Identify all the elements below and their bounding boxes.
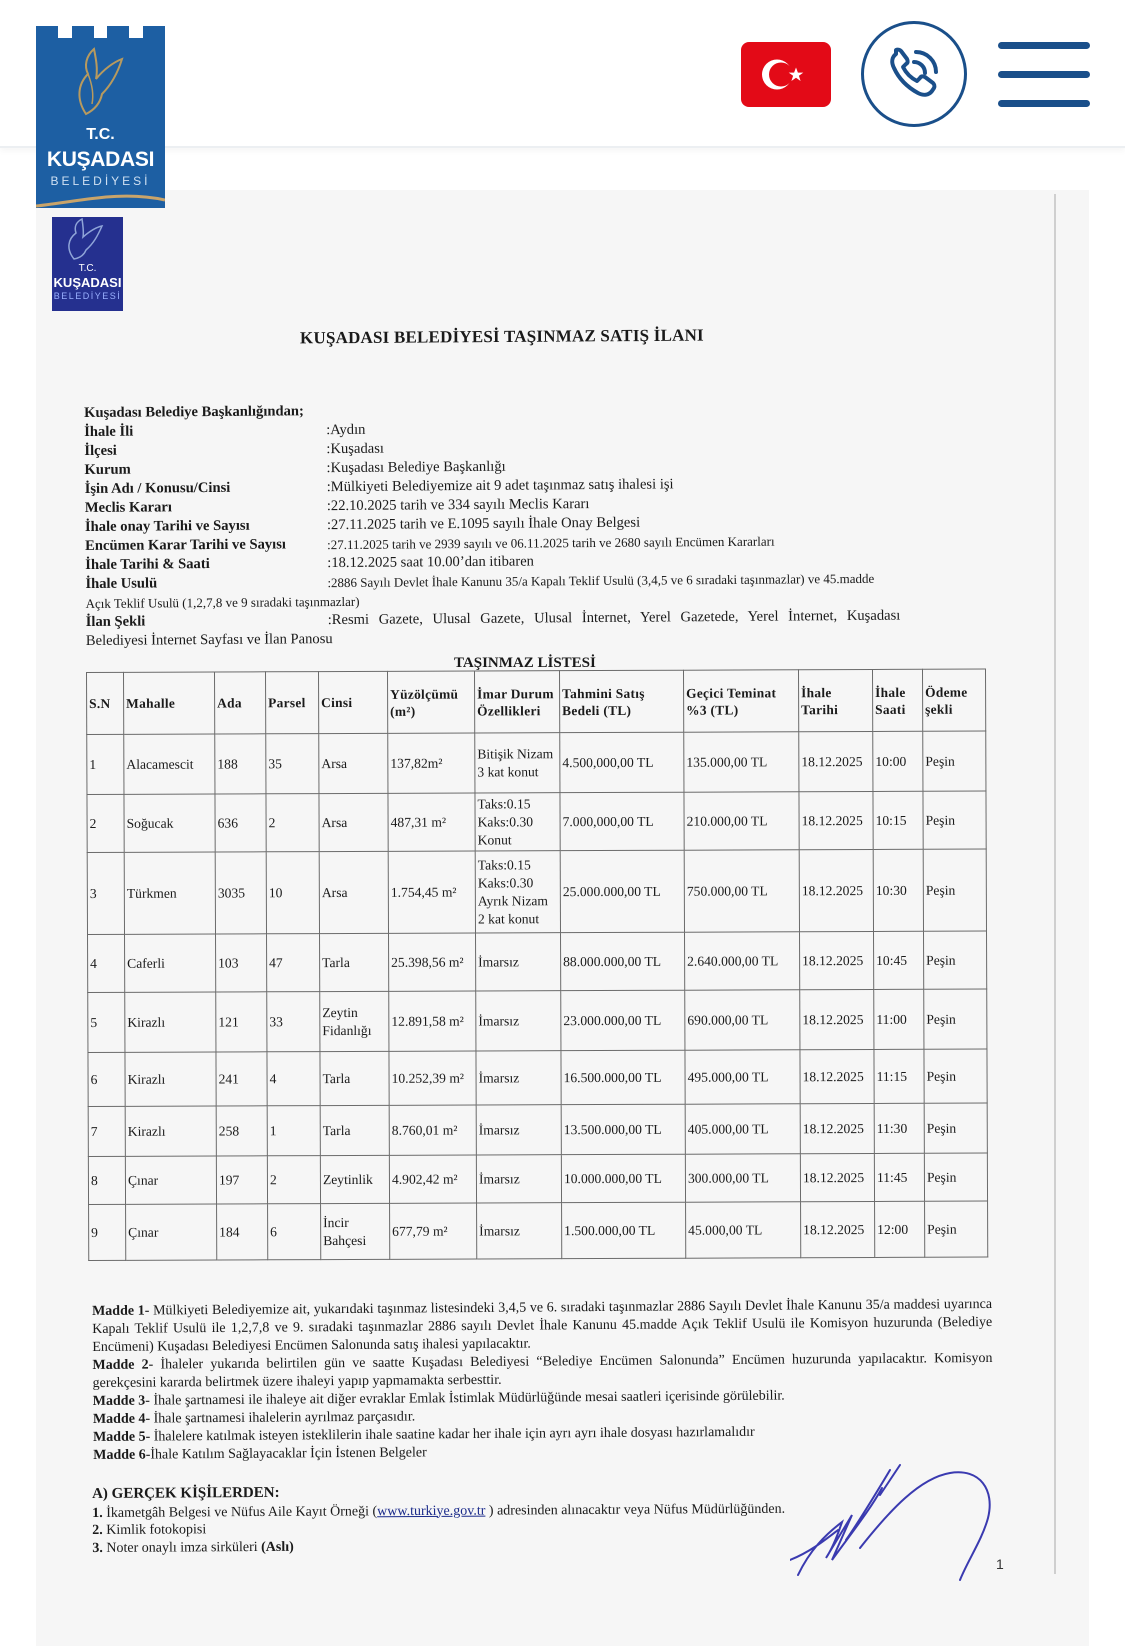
- table-cell: 10.252,39 m²: [389, 1051, 476, 1105]
- table-cell: Peşin: [924, 1153, 987, 1201]
- table-cell: Tarla: [320, 933, 389, 991]
- table-cell: 25.398,56 m²: [389, 933, 476, 991]
- table-cell: Peşin: [925, 1201, 988, 1257]
- table-cell: 12:00: [875, 1201, 925, 1257]
- logo-wave-icon: [36, 192, 165, 212]
- logo-tc: T.C.: [36, 126, 165, 144]
- table-cell: 300.000,00 TL: [685, 1154, 800, 1202]
- table-cell: 33: [267, 992, 320, 1052]
- table-cell: Soğucak: [124, 794, 215, 852]
- turkiye-gov-link[interactable]: www.turkiye.gov.tr: [377, 1503, 485, 1519]
- table-cell: 11:45: [874, 1153, 924, 1201]
- table-cell: 135.000,00 TL: [684, 732, 799, 792]
- table-cell: Çınar: [125, 1156, 216, 1204]
- hamburger-menu-icon: [998, 100, 1090, 107]
- table-cell: İmarsız: [477, 1203, 562, 1259]
- table-cell: Peşin: [924, 1103, 987, 1153]
- table-cell: 4.500,000,00 TL: [560, 732, 684, 792]
- table-cell: 88.000.000,00 TL: [561, 932, 685, 990]
- table-cell: 10: [266, 852, 319, 934]
- table-cell: 7: [88, 1106, 125, 1156]
- turkey-flag-language-button[interactable]: [741, 42, 831, 107]
- table-row: 7Kirazlı2581Tarla8.760,01 m²İmarsız13.50…: [88, 1103, 987, 1156]
- table-cell: 636: [215, 794, 266, 852]
- table-cell: Türkmen: [124, 852, 215, 934]
- table-cell: 7.000,000,00 TL: [560, 792, 684, 850]
- table-cell: 18.12.2025: [800, 931, 874, 989]
- table-cell: İmarsız: [476, 1155, 561, 1203]
- table-cell: İmarsız: [476, 1105, 561, 1155]
- table-cell: 103: [216, 934, 267, 992]
- table-cell: 258: [216, 1106, 267, 1156]
- table-row: 2Soğucak6362Arsa487,31 m²Taks:0.15 Kaks:…: [87, 791, 986, 852]
- table-cell: 188: [215, 734, 266, 794]
- table-cell: 10:30: [873, 849, 923, 931]
- table-cell: 18.12.2025: [801, 1201, 875, 1257]
- table-body: 1Alacamescit18835Arsa137,82m²Bitişik Niz…: [87, 731, 988, 1260]
- table-cell: 4: [88, 934, 125, 992]
- table-cell: 2.640.000,00 TL: [685, 932, 800, 990]
- table-cell: Arsa: [319, 793, 388, 851]
- table-cell: Peşin: [923, 731, 986, 791]
- table-row: 8Çınar1972Zeytinlik4.902,42 m²İmarsız10.…: [88, 1153, 987, 1204]
- table-cell: Zeytinlik: [320, 1155, 389, 1203]
- table-cell: 13.500.000,00 TL: [561, 1104, 685, 1154]
- page-number: 1: [996, 1556, 1004, 1572]
- table-cell: Caferli: [125, 934, 216, 992]
- table-cell: 487,31 m²: [388, 793, 475, 851]
- table-cell: 18.12.2025: [800, 989, 874, 1049]
- table-cell: 1: [87, 734, 124, 794]
- table-cell: Arsa: [319, 733, 388, 793]
- kusadasi-logo[interactable]: T.C. KUŞADASI BELEDİYESİ: [36, 26, 165, 208]
- table-cell: Peşin: [923, 791, 986, 849]
- table-cell: Peşin: [924, 1049, 987, 1103]
- phone-icon: [864, 24, 964, 124]
- tender-info: Kuşadası Belediye Başkanlığından; İhale …: [84, 397, 996, 651]
- property-table: S.N Mahalle Ada Parsel Cinsi Yüzölçümü (…: [86, 669, 988, 1261]
- table-cell: Kirazlı: [125, 1052, 216, 1106]
- table-cell: 241: [216, 1052, 267, 1106]
- table-row: 5Kirazlı12133Zeytin Fidanlığı12.891,58 m…: [88, 989, 987, 1052]
- table-cell: 495.000,00 TL: [685, 1050, 800, 1104]
- table-cell: 4.902,42 m²: [389, 1155, 476, 1203]
- table-cell: 10:15: [873, 791, 923, 849]
- table-cell: 197: [216, 1156, 267, 1204]
- table-cell: 10:45: [874, 931, 924, 989]
- table-row: 1Alacamescit18835Arsa137,82m²Bitişik Niz…: [87, 731, 986, 794]
- phone-button[interactable]: [861, 21, 967, 127]
- table-cell: Taks:0.15 Kaks:0.30 Ayrık Nizam 2 kat ko…: [475, 851, 560, 933]
- table-cell: 210.000,00 TL: [684, 792, 799, 850]
- table-cell: 121: [216, 992, 267, 1052]
- table-cell: 1.500.000,00 TL: [562, 1202, 686, 1258]
- table-cell: İmarsız: [476, 991, 561, 1051]
- dove-icon: [66, 44, 136, 124]
- table-cell: 35: [266, 734, 319, 794]
- table-cell: 16.500.000,00 TL: [561, 1050, 685, 1104]
- table-cell: Alacamescit: [124, 734, 215, 794]
- table-cell: 25.000.000,00 TL: [560, 850, 684, 932]
- table-cell: 9: [89, 1204, 126, 1260]
- table-cell: 3035: [215, 852, 266, 934]
- table-cell: Çınar: [126, 1204, 217, 1260]
- table-cell: 677,79 m²: [390, 1203, 477, 1259]
- table-row: 4Caferli10347Tarla25.398,56 m²İmarsız88.…: [88, 931, 987, 992]
- table-row: 6Kirazlı2414Tarla10.252,39 m²İmarsız16.5…: [88, 1049, 987, 1106]
- table-cell: 184: [217, 1204, 268, 1260]
- table-header-row: S.N Mahalle Ada Parsel Cinsi Yüzölçümü (…: [87, 669, 986, 734]
- table-cell: Peşin: [924, 931, 987, 989]
- table-row: 3Türkmen303510Arsa1.754,45 m²Taks:0.15 K…: [87, 849, 986, 934]
- table-cell: 11:15: [874, 1049, 924, 1103]
- table-cell: İncir Bahçesi: [321, 1203, 390, 1259]
- table-cell: 8: [88, 1156, 125, 1204]
- table-cell: Arsa: [319, 851, 388, 933]
- dove-icon: [52, 217, 123, 263]
- table-cell: Kirazlı: [125, 992, 216, 1052]
- table-cell: 6: [268, 1204, 321, 1260]
- table-cell: Taks:0.15 Kaks:0.30 Konut: [475, 793, 560, 851]
- table-cell: 23.000.000,00 TL: [561, 990, 685, 1050]
- table-cell: 8.760,01 m²: [389, 1105, 476, 1155]
- table-cell: 2: [267, 1156, 320, 1204]
- table-cell: 4: [267, 1052, 320, 1106]
- table-cell: 690.000,00 TL: [685, 990, 800, 1050]
- table-cell: 10:00: [873, 731, 923, 791]
- table-cell: 45.000,00 TL: [686, 1202, 801, 1258]
- hamburger-menu-icon: [998, 71, 1090, 78]
- table-cell: 5: [88, 992, 125, 1052]
- table-cell: Bitişik Nizam 3 kat konut: [475, 733, 560, 793]
- table-cell: 18.12.2025: [800, 1049, 874, 1103]
- table-cell: 6: [88, 1052, 125, 1106]
- table-cell: 3: [87, 852, 124, 934]
- table-cell: 11:30: [874, 1103, 924, 1153]
- table-cell: 12.891,58 m²: [389, 991, 476, 1051]
- signature-icon: [790, 1440, 1010, 1600]
- hamburger-menu-icon: [998, 42, 1090, 49]
- document-title: KUŞADASI BELEDİYESİ TAŞINMAZ SATIŞ İLANI: [300, 326, 704, 349]
- document-logo: T.C. KUŞADASI BELEDİYESİ: [52, 217, 123, 311]
- table-cell: 2: [87, 794, 124, 852]
- turkey-flag-icon: [741, 42, 831, 107]
- document-edge: [1054, 194, 1056, 1574]
- table-cell: 18.12.2025: [799, 791, 873, 849]
- table-cell: İmarsız: [476, 933, 561, 991]
- site-header: [0, 0, 1125, 148]
- table-cell: 18.12.2025: [799, 849, 873, 931]
- table-cell: Tarla: [320, 1051, 389, 1105]
- hamburger-menu-button[interactable]: [998, 40, 1090, 108]
- article-1: Madde 1- Mülkiyeti Belediyemize ait, yuk…: [92, 1296, 992, 1357]
- table-cell: 47: [267, 934, 320, 992]
- logo-subtitle: BELEDİYESİ: [36, 174, 165, 188]
- table-row: 9Çınar1846İncir Bahçesi677,79 m²İmarsız1…: [89, 1201, 988, 1260]
- table-cell: 137,82m²: [388, 733, 475, 793]
- table-cell: 18.12.2025: [799, 731, 873, 791]
- table-cell: 18.12.2025: [800, 1153, 874, 1201]
- table-cell: 1.754,45 m²: [388, 851, 475, 933]
- table-cell: Kirazlı: [125, 1106, 216, 1156]
- table-cell: İmarsız: [476, 1051, 561, 1105]
- table-cell: Peşin: [923, 849, 986, 931]
- table-cell: 18.12.2025: [800, 1103, 874, 1153]
- logo-name: KUŞADASI: [36, 148, 165, 172]
- table-cell: Tarla: [320, 1105, 389, 1155]
- table-cell: 405.000,00 TL: [685, 1104, 800, 1154]
- table-cell: 10.000.000,00 TL: [561, 1154, 685, 1202]
- table-cell: Peşin: [924, 989, 987, 1049]
- table-cell: 1: [267, 1106, 320, 1156]
- table-cell: 2: [266, 794, 319, 852]
- table-cell: 11:00: [874, 989, 924, 1049]
- table-cell: 750.000,00 TL: [684, 850, 799, 932]
- table-cell: Zeytin Fidanlığı: [320, 991, 389, 1051]
